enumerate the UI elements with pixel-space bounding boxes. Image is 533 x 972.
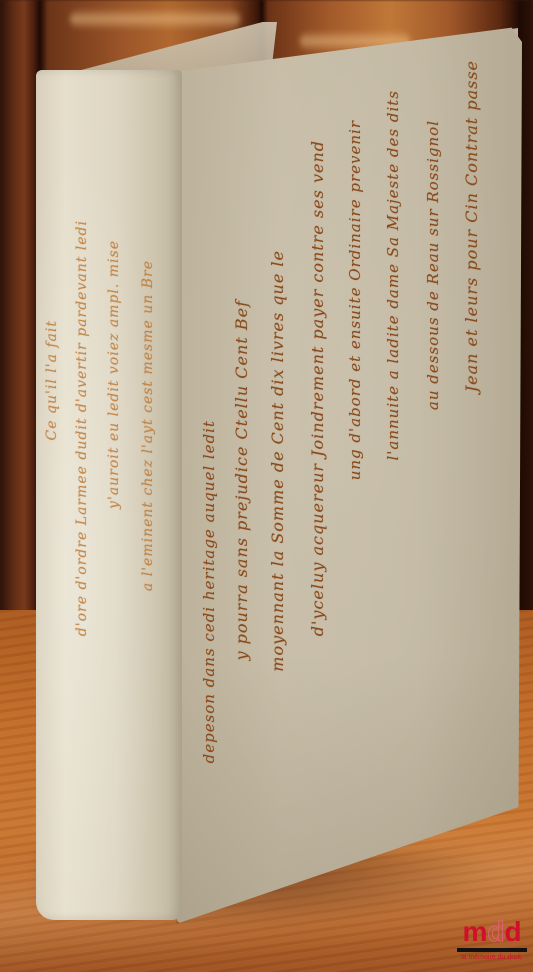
manuscript-line: d'yceluy acquereur Joindrement payer con… xyxy=(308,140,327,636)
photo-scene: depeson dans cedi heritage auquel ledit … xyxy=(0,0,533,972)
manuscript-line: moyennant la Somme de Cent dix livres qu… xyxy=(268,250,287,672)
spine-manuscript-line: a l'eminent chez l'ayt cest mesme un Bre xyxy=(140,260,156,591)
manuscript-line: y pourra sans prejudice Ctellu Cent Bef xyxy=(232,300,251,661)
spine-manuscript-line: d'ore d'ordre Larmee dudit d'avertir par… xyxy=(74,220,90,636)
manuscript-line: au dessous de Reau sur Rossignol xyxy=(424,120,442,410)
watermark-tagline: la mémoire du droit. xyxy=(461,954,523,961)
gilt-band xyxy=(70,8,240,30)
watermark-bar xyxy=(457,948,527,952)
manuscript-line: l'annuite a ladite dame Sa Majeste des d… xyxy=(384,90,402,461)
watermark-letter-m: m xyxy=(462,918,487,946)
manuscript-line: Jean et leurs pour Cin Contrat passe xyxy=(462,60,481,392)
mdd-watermark-logo: m d d la mémoire du droit. xyxy=(452,918,532,970)
spine-manuscript-line: y'auroit eu ledit voiez ampl. mise xyxy=(106,240,122,509)
watermark-letter-d-outline: d xyxy=(487,918,504,946)
manuscript-line: depeson dans cedi heritage auquel ledit xyxy=(200,420,218,763)
watermark-letters: m d d xyxy=(462,918,521,946)
watermark-letter-d: d xyxy=(504,918,521,946)
spine-manuscript-line: Ce qu'il l'a fait xyxy=(44,320,60,440)
manuscript-line: ung d'abord et ensuite Ordinaire preveni… xyxy=(346,120,364,480)
